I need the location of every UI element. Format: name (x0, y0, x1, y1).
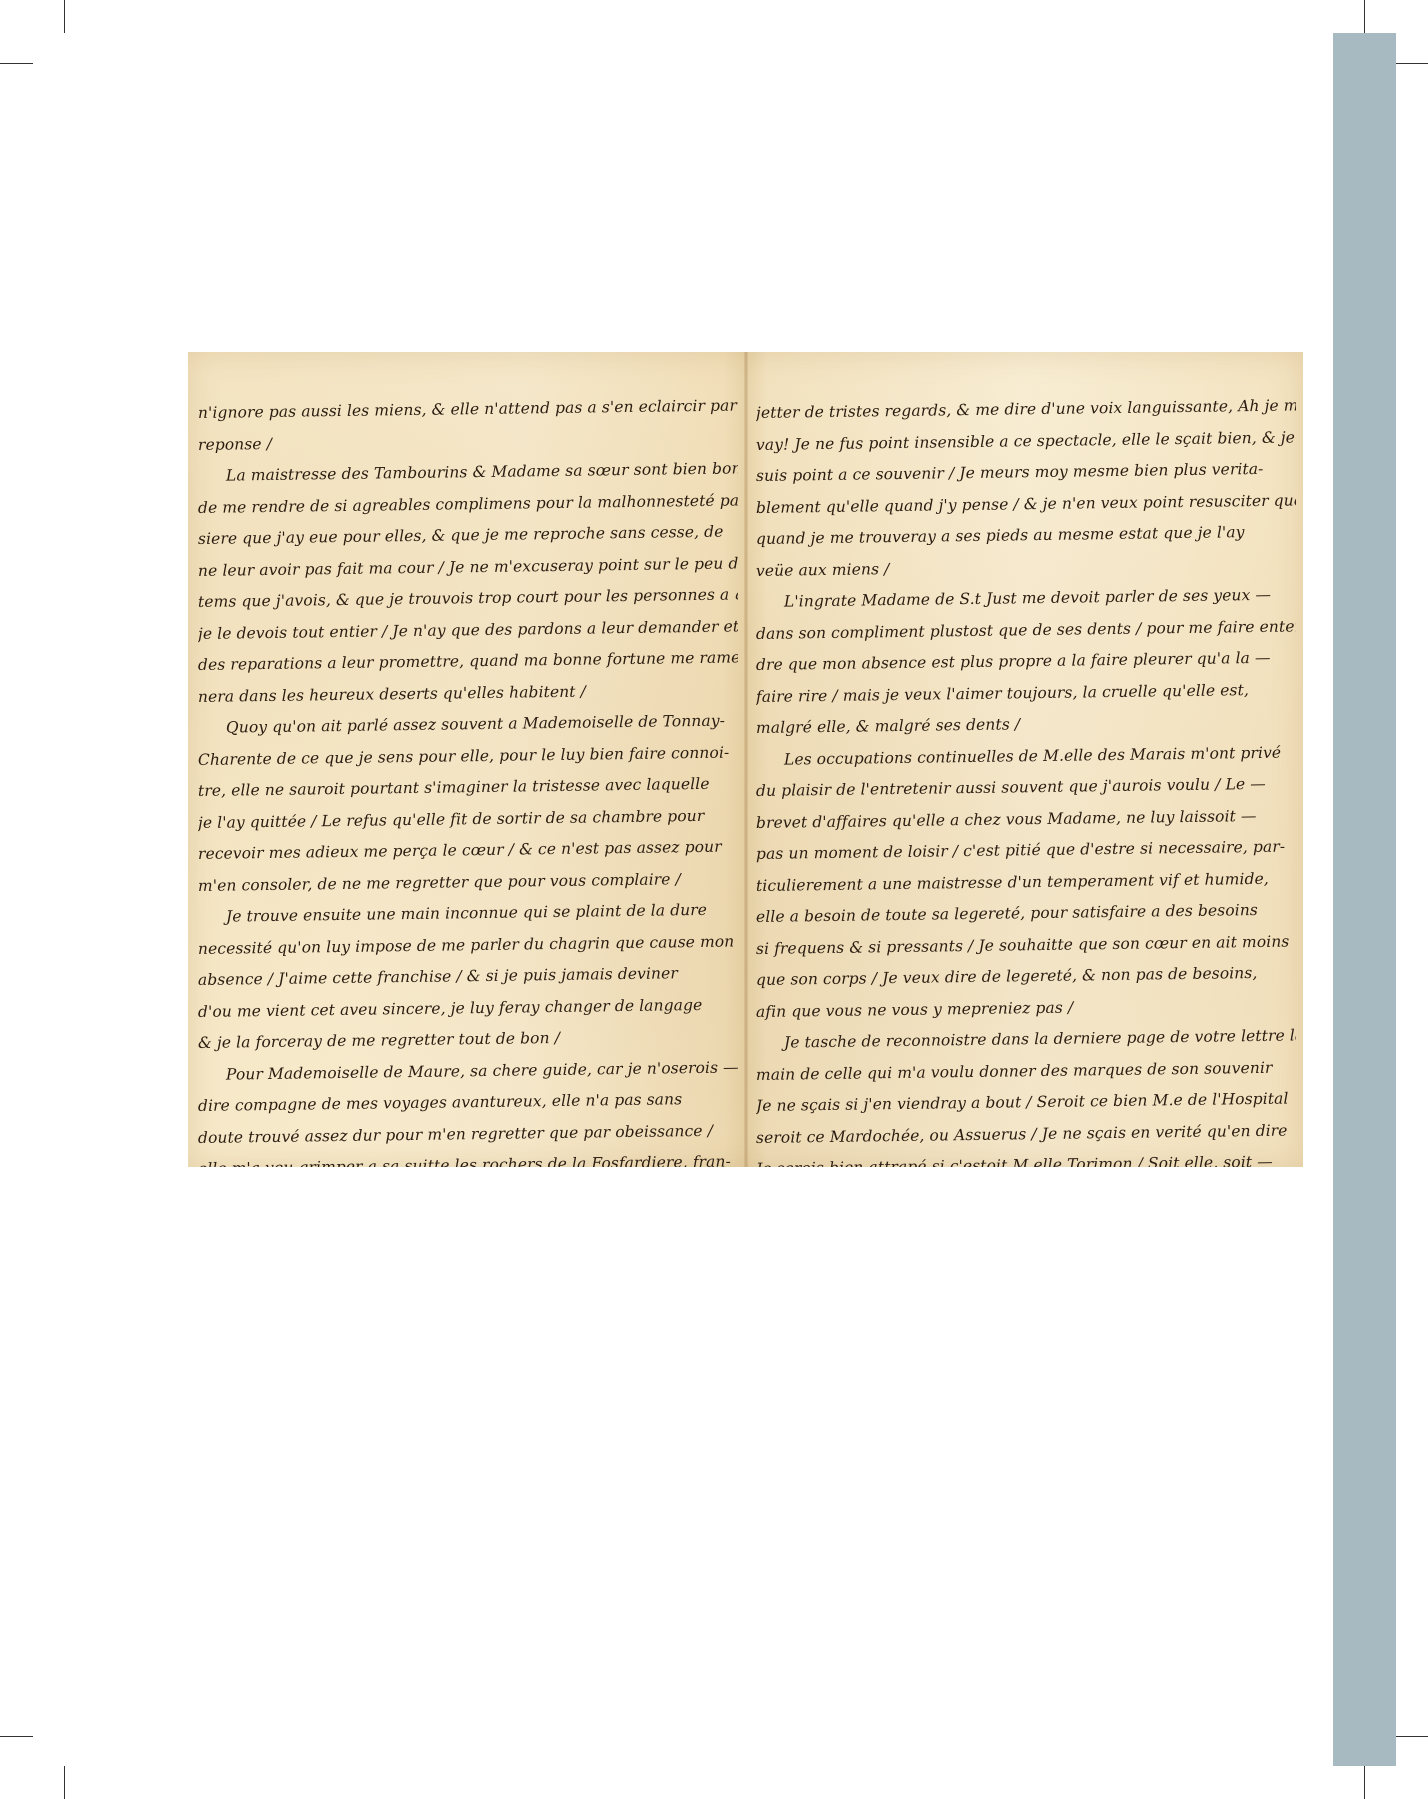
line-text: reponse / (198, 434, 272, 453)
line-text: brevet d'affaires qu'elle a chez vous Ma… (756, 807, 1257, 832)
line-text: necessité qu'on luy impose de me parler … (198, 932, 735, 957)
line-text: Je tasche de reconnoistre dans la dernie… (784, 1026, 1296, 1051)
line-text: dans son compliment plustost que de ses … (756, 617, 1296, 643)
left-page: n'ignore pas aussi les miens, & elle n'a… (198, 398, 738, 1167)
line-text: pas un moment de loisir / c'est pitié qu… (756, 838, 1285, 863)
crop-mark-top-right-vertical (1364, 0, 1365, 33)
line-text: que son corps / Je veux dire de legereté… (756, 964, 1258, 989)
line-text: Je ne sçais si j'en viendray a bout / Se… (756, 1090, 1289, 1115)
right-page: jetter de tristes regards, & me dire d'u… (756, 398, 1296, 1167)
line-text: Quoy qu'on ait parlé assez souvent a Mad… (226, 712, 725, 737)
line-text: faire rire / mais je veux l'aimer toujou… (756, 681, 1249, 706)
line-text: elle a besoin de toute sa legereté, pour… (756, 901, 1258, 926)
line-text: elle m'a veu grimper a sa suitte les roc… (198, 1153, 731, 1167)
line-text: d'ou me vient cet aveu sincere, je luy f… (198, 995, 703, 1020)
line-text: Je serois bien attrapé si c'estoit M.ell… (756, 1153, 1273, 1167)
line-text: si frequens & si pressants / Je souhaitt… (756, 932, 1290, 957)
side-color-bar (1333, 33, 1396, 1766)
line-text: Pour Mademoiselle de Maure, sa chere gui… (226, 1058, 738, 1083)
line-text: tems que j'avois, & que je trouvois trop… (198, 585, 738, 611)
line-text: nera dans les heureux deserts qu'elles h… (198, 682, 586, 705)
manuscript-spread: n'ignore pas aussi les miens, & elle n'a… (188, 352, 1303, 1167)
line-text: Les occupations continuelles de M.elle d… (784, 743, 1281, 768)
line-text: siere que j'ay eue pour elles, & que je … (198, 523, 724, 548)
crop-mark-top-right-horizontal (1396, 63, 1428, 64)
line-text: jetter de tristes regards, & me dire d'u… (756, 396, 1296, 422)
line-text: suis point a ce souvenir / Je meurs moy … (756, 460, 1264, 485)
line-text: blement qu'elle quand j'y pense / & je n… (756, 491, 1296, 517)
line-text: dire compagne de mes voyages avantureux,… (198, 1090, 682, 1115)
crop-mark-bottom-left-horizontal (0, 1736, 33, 1737)
line-text: La maistresse des Tambourins & Madame sa… (226, 459, 738, 485)
line-text: main de celle qui m'a voulu donner des m… (756, 1058, 1273, 1083)
line-text: ne leur avoir pas fait ma cour / Je ne m… (198, 554, 738, 580)
line-text: vay! Je ne fus point insensible a ce spe… (756, 427, 1296, 453)
line-text: je l'ay quittée / Le refus qu'elle fit d… (198, 806, 705, 831)
line-text: ticulierement a une maistresse d'un temp… (756, 869, 1269, 894)
line-text: afin que vous ne vous y mepreniez pas / (756, 998, 1074, 1020)
line-text: du plaisir de l'entretenir aussi souvent… (756, 775, 1266, 800)
crop-mark-bottom-right-horizontal (1396, 1736, 1428, 1737)
line-text: tre, elle ne sauroit pourtant s'imaginer… (198, 775, 710, 800)
line-text: absence / J'aime cette franchise / & si … (198, 964, 678, 989)
crop-mark-top-left-vertical (64, 0, 65, 33)
line-text: L'ingrate Madame de S.t Just me devoit p… (784, 586, 1271, 611)
line-text: dre que mon absence est plus propre a la… (756, 649, 1271, 674)
crop-mark-bottom-right-vertical (1364, 1766, 1365, 1799)
line-text: Charente de ce que je sens pour elle, po… (198, 743, 730, 768)
crop-mark-top-left-horizontal (0, 63, 33, 64)
line-text: & je la forceray de me regretter tout de… (198, 1029, 560, 1052)
line-text: veüe aux miens / (756, 560, 890, 580)
line-text: seroit ce Mardochée, ou Assuerus / Je ne… (756, 1121, 1288, 1146)
line-text: malgré elle, & malgré ses dents / (756, 715, 1020, 737)
line-text: recevoir mes adieux me perça le cœur / &… (198, 838, 722, 863)
line-text: je le devois tout entier / Je n'ay que d… (198, 617, 738, 643)
line-text: doute trouvé assez dur pour m'en regrett… (198, 1121, 713, 1146)
line-text: de me rendre de si agreables complimens … (198, 491, 738, 517)
line-text: Je trouve ensuite une main inconnue qui … (226, 901, 707, 926)
page-fold (744, 352, 748, 1167)
line-text: n'ignore pas aussi les miens, & elle n'a… (198, 396, 738, 422)
line-text: quand je me trouveray a ses pieds au mes… (756, 523, 1245, 548)
line-text: m'en consoler, de ne me regretter que po… (198, 870, 681, 895)
crop-mark-bottom-left-vertical (64, 1766, 65, 1799)
line-text: des reparations a leur promettre, quand … (198, 648, 738, 674)
